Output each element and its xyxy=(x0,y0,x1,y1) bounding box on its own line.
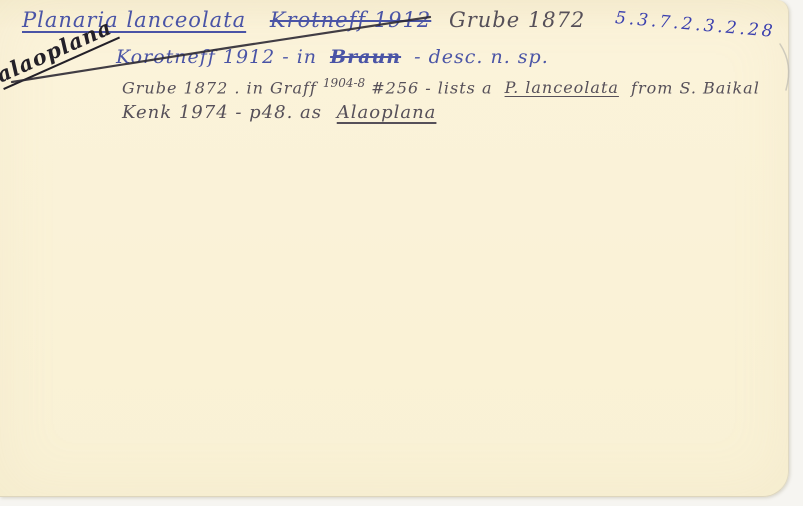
note-line3-post: from S. Baikal xyxy=(631,78,760,97)
species-name: Planaria lanceolata xyxy=(22,8,246,32)
index-card-paper xyxy=(0,0,789,497)
note-line3-species: P. lanceolata xyxy=(505,78,619,97)
valid-author: Grube 1872 xyxy=(449,8,585,32)
note-line3-mid: #256 - lists a xyxy=(371,78,492,97)
struck-author: Krotneff 1912 xyxy=(270,8,431,32)
note-line-korotneff: Korotneff 1912 - in Braun - desc. n. sp. xyxy=(116,46,549,68)
note-line3-superscript-years: 1904-8 xyxy=(323,76,365,90)
note-line2-post: - desc. n. sp. xyxy=(414,46,549,68)
note-line2-pre: Korotneff 1912 - in xyxy=(116,46,317,68)
note-line-grube-graff: Grube 1872 . in Graff 1904-8 #256 - list… xyxy=(122,76,760,97)
note-line4-genus: Alaoplana xyxy=(337,102,437,123)
note-line2-struck-word: Braun xyxy=(330,46,401,68)
note-line-kenk: Kenk 1974 - p48. as Alaoplana xyxy=(122,102,436,123)
note-line4-pre: Kenk 1974 - p48. as xyxy=(122,102,322,123)
scanned-index-card: Planaria lanceolata Krotneff 1912 Grube … xyxy=(0,0,803,506)
note-line3-pre: Grube 1872 . in Graff xyxy=(122,78,317,97)
